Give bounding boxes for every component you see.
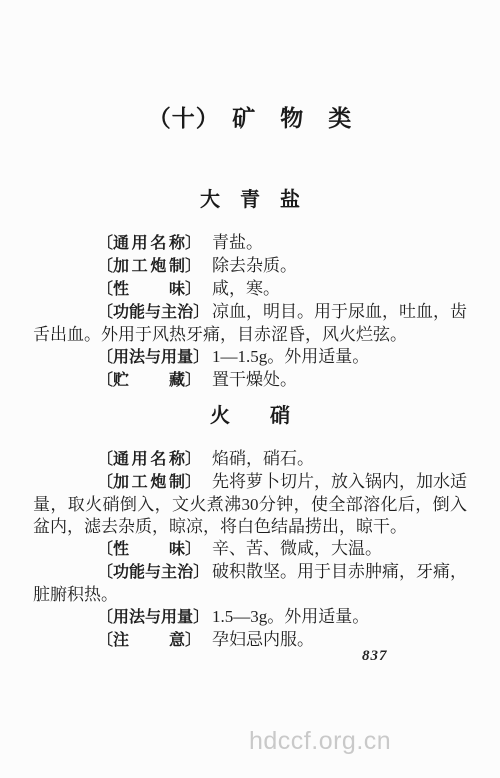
chapter-title: （十） 矿 物 类	[0, 100, 500, 133]
entry-dosage: 〔用法与用量〕1—1.5g。外用适量。	[33, 346, 467, 369]
entry-label: 〔功能与主治〕	[97, 562, 201, 584]
entry-value: 除去杂质。	[212, 256, 297, 275]
entry-caution: 〔注意〕孕妇忌内服。	[33, 629, 467, 652]
entry-value: 1—1.5g。外用适量。	[212, 347, 369, 366]
entry-label: 〔加工炮制〕	[97, 472, 201, 494]
entry-processing: 〔加工炮制〕先将萝卜切片，放入锅内，加水适量，取火硝倒入，文火煮沸30分钟，使全…	[33, 471, 467, 538]
entry-label: 〔功能与主治〕	[97, 302, 201, 324]
entry-processing: 〔加工炮制〕除去杂质。	[33, 255, 467, 278]
entry-label: 〔性味〕	[97, 539, 201, 561]
entry-common-name: 〔通用名称〕青盐。	[33, 232, 467, 255]
entry-label: 〔通用名称〕	[97, 233, 201, 255]
entry-functions: 〔功能与主治〕破积散坚。用于目赤肿痛，牙痛，脏腑积热。	[33, 561, 467, 606]
entry-value: 置干燥处。	[212, 370, 297, 389]
entry-value: 孕妇忌内服。	[212, 630, 314, 649]
section-daqingyan: 〔通用名称〕青盐。 〔加工炮制〕除去杂质。 〔性味〕咸，寒。 〔功能与主治〕凉血…	[0, 232, 500, 392]
watermark: hdccf.org.cn	[249, 727, 391, 756]
section-title-daqingyan: 大 青 盐	[0, 183, 500, 212]
entry-label: 〔通用名称〕	[97, 449, 201, 471]
entry-label: 〔注意〕	[97, 630, 201, 652]
entry-value: 青盐。	[212, 233, 263, 252]
entry-functions: 〔功能与主治〕凉血，明目。用于尿血，吐血，齿舌出血。外用于风热牙痛，目赤涩昏，风…	[33, 301, 467, 346]
entry-value: 咸，寒。	[212, 279, 280, 298]
entry-label: 〔用法与用量〕	[97, 347, 201, 369]
entry-label: 〔贮藏〕	[97, 370, 201, 392]
entry-value: 辛、苦、微咸，大温。	[212, 539, 382, 558]
entry-value: 1.5—3g。外用适量。	[212, 607, 369, 626]
entry-property-taste: 〔性味〕辛、苦、微咸，大温。	[33, 538, 467, 561]
section-huoxiao: 〔通用名称〕焰硝，硝石。 〔加工炮制〕先将萝卜切片，放入锅内，加水适量，取火硝倒…	[0, 448, 500, 652]
entry-label: 〔用法与用量〕	[97, 607, 201, 629]
document-page: （十） 矿 物 类 大 青 盐 〔通用名称〕青盐。 〔加工炮制〕除去杂质。 〔性…	[0, 0, 500, 778]
entry-common-name: 〔通用名称〕焰硝，硝石。	[33, 448, 467, 471]
entry-storage: 〔贮藏〕置干燥处。	[33, 369, 467, 392]
entry-value: 焰硝，硝石。	[212, 449, 314, 468]
entry-label: 〔性味〕	[97, 279, 201, 301]
page-number: 837	[362, 648, 388, 665]
section-title-huoxiao: 火 硝	[0, 399, 500, 428]
entry-label: 〔加工炮制〕	[97, 256, 201, 278]
entry-dosage: 〔用法与用量〕1.5—3g。外用适量。	[33, 606, 467, 629]
entry-property-taste: 〔性味〕咸，寒。	[33, 278, 467, 301]
